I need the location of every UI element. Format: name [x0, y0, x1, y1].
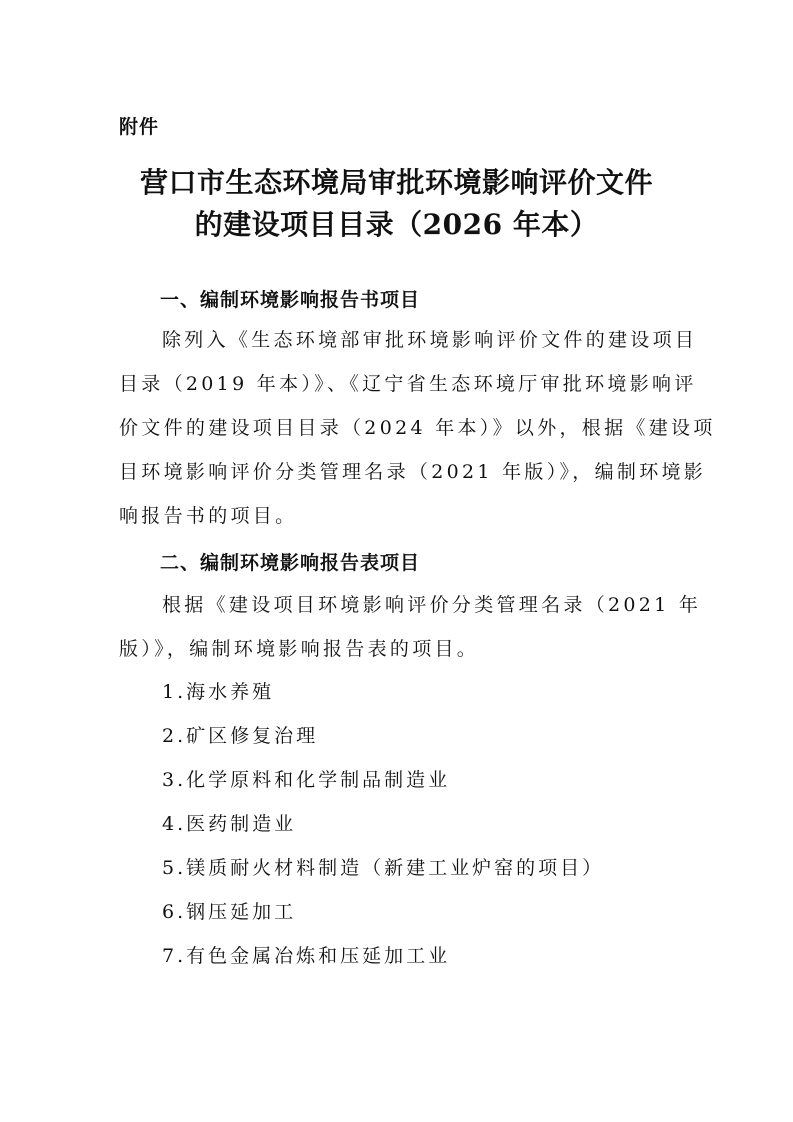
- document-title-line-1: 营口市生态环境局审批环境影响评价文件: [0, 165, 793, 201]
- paragraph-line: 目环境影响评价分类管理名录（2021 年版）》，编制环境影: [119, 460, 706, 484]
- list-item: 4.医药制造业: [162, 812, 296, 836]
- list-item: 1.海水养殖: [162, 680, 274, 704]
- document-title-line-2: 的建设项目目录（2026 年本）: [0, 207, 793, 243]
- list-item: 2.矿区修复治理: [162, 724, 318, 748]
- paragraph-line: 价文件的建设项目目录（2024 年本）》以外，根据《建设项: [119, 416, 716, 440]
- paragraph-line: 目录（2019 年本）》、《辽宁省生态环境厅审批环境影响评: [119, 372, 697, 396]
- list-item: 5.镁质耐火材料制造（新建工业炉窑的项目）: [162, 856, 604, 880]
- paragraph-line: 响报告书的项目。: [119, 504, 297, 528]
- paragraph-line: 根据《建设项目环境影响评价分类管理名录（2021 年: [162, 593, 701, 617]
- document-page: 附件 营口市生态环境局审批环境影响评价文件 的建设项目目录（2026 年本） 一…: [0, 0, 793, 1122]
- section-heading-report-book: 一、编制环境影响报告书项目: [160, 285, 420, 312]
- list-item: 6.钢压延加工: [162, 900, 296, 924]
- paragraph-line: 除列入《生态环境部审批环境影响评价文件的建设项目: [162, 328, 697, 352]
- list-item: 3.化学原料和化学制品制造业: [162, 768, 450, 792]
- section-heading-report-form: 二、编制环境影响报告表项目: [160, 548, 420, 575]
- paragraph-line: 版）》，编制环境影响报告表的项目。: [119, 637, 479, 661]
- attachment-label: 附件: [119, 112, 159, 139]
- list-item: 7.有色金属冶炼和压延加工业: [162, 944, 450, 968]
